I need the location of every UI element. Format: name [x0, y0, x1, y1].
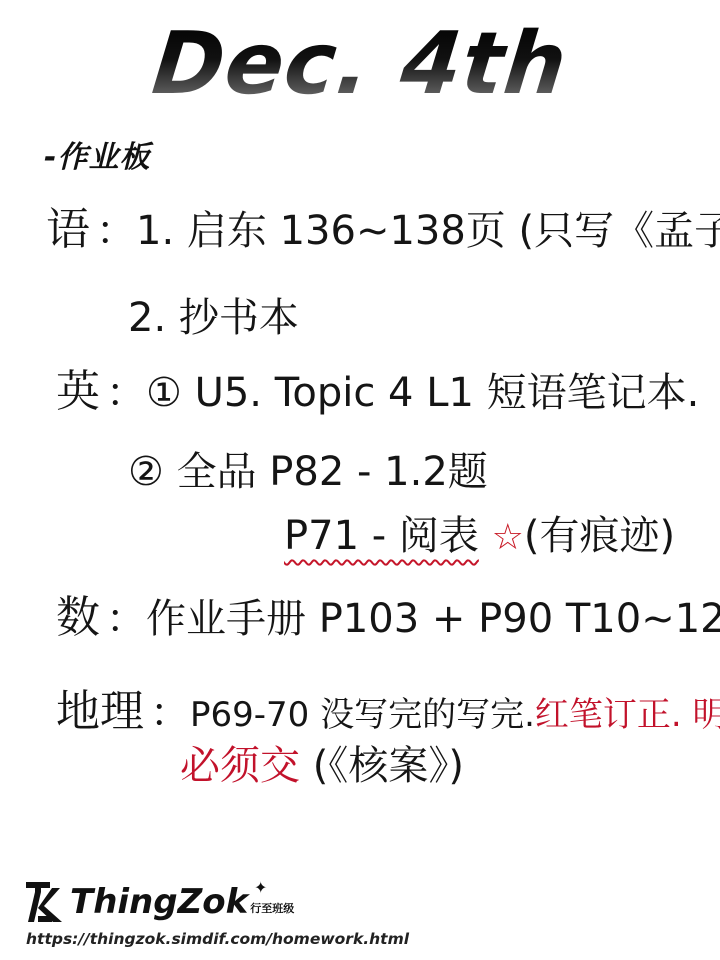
- subject-english-line-1: 英：① U5. Topic 4 L1 短语笔记本.: [56, 368, 699, 417]
- subject-name: 语: [46, 204, 90, 255]
- page-title: Dec. 4th: [0, 14, 720, 114]
- subject-separator: ：: [106, 596, 146, 642]
- homework-item-red: 红笔订正. 明天: [535, 695, 720, 735]
- homework-item-red: 必须交: [180, 743, 300, 789]
- subject-geography-line-1: 地理：P69-70 没写完的写完.红笔订正. 明天: [56, 688, 720, 739]
- homework-note: (有痕迹): [524, 513, 675, 559]
- subject-math-line-1: 数：作业手册 P103 + P90 T10~12: [56, 594, 720, 643]
- brand-chinese-name: 行至班级: [250, 900, 294, 916]
- homework-item: ② 全品 P82 - 1.2题: [128, 449, 488, 495]
- thingzok-logo-icon: [26, 882, 66, 922]
- section-label: -作业板: [44, 132, 150, 176]
- subject-geography-line-2: 必须交 (《核案》): [180, 742, 464, 790]
- underlined-item: P71 - 阅表: [284, 513, 479, 559]
- footer-logo: ThingZok 行至班级 ✦: [26, 882, 294, 922]
- subject-separator: ：: [96, 208, 136, 254]
- subject-name: 数: [56, 592, 100, 643]
- homework-item: 2. 抄书本: [128, 295, 299, 341]
- subject-separator: ：: [106, 370, 146, 416]
- star-icon: ☆: [492, 517, 524, 558]
- brand-name: ThingZok: [70, 882, 248, 922]
- homework-item: P69-70 没写完的写完.: [190, 695, 535, 735]
- subject-separator: ：: [150, 690, 190, 736]
- subject-english-line-3: P71 - 阅表 ☆(有痕迹): [284, 512, 675, 562]
- subject-chinese-line-1: 语：1. 启东 136~138页 (只写《孟子三章》): [46, 206, 720, 255]
- sparkle-icon: ✦: [254, 878, 267, 897]
- homework-item: 作业手册 P103 + P90 T10~12: [146, 596, 720, 642]
- homework-item: 1. 启东 136~138页 (只写《孟子三章》): [136, 208, 720, 254]
- subject-english-line-2: ② 全品 P82 - 1.2题: [128, 448, 488, 496]
- subject-name: 地理: [56, 686, 144, 737]
- homework-item: (《核案》): [313, 743, 464, 789]
- subject-chinese-line-2: 2. 抄书本: [128, 294, 299, 342]
- subject-name: 英: [56, 366, 100, 417]
- footer-url[interactable]: https://thingzok.simdif.com/homework.htm…: [26, 930, 409, 948]
- homework-item: ① U5. Topic 4 L1 短语笔记本.: [146, 370, 699, 416]
